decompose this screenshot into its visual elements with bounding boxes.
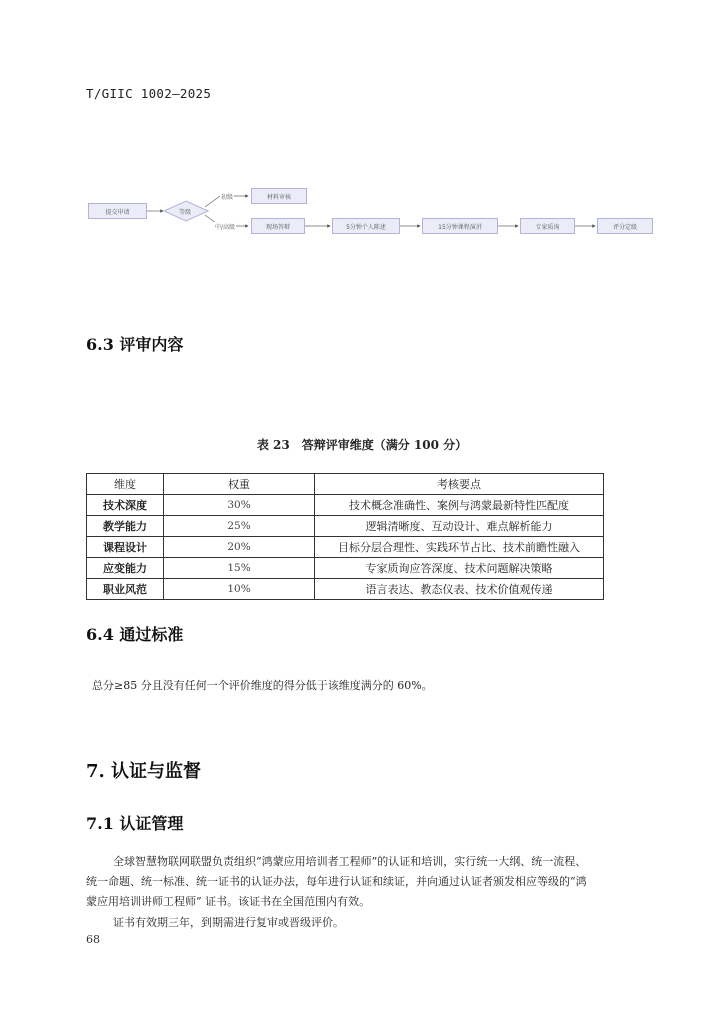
header-weight: 权重	[164, 474, 315, 495]
cell-key-points: 逻辑清晰度、互动设计、难点解析能力	[315, 516, 604, 537]
node-expert-questioning: 专家质询	[520, 218, 575, 234]
cell-key-points: 技术概念准确性、案例与鸿蒙最新特性匹配度	[315, 495, 604, 516]
node-level-decision: 等级	[179, 207, 191, 216]
edge-label-junior: 初级	[220, 192, 234, 201]
cell-key-points: 目标分层合理性、实践环节占比、技术前瞻性融入	[315, 537, 604, 558]
certification-paragraph-line-2: 统一命题、统一标准、统一证书的认证办法，每年进行认证和续证，并向通过认证者颁发相…	[86, 872, 587, 892]
node-material-review: 材料审核	[251, 188, 307, 204]
cell-weight: 10%	[164, 579, 315, 600]
review-criteria-table: 维度 权重 考核要点 技术深度 30% 技术概念准确性、案例与鸿蒙最新特性匹配度…	[86, 473, 604, 600]
node-personal-statement: 5分钟个人陈述	[332, 218, 400, 234]
node-submit-application: 提交申请	[88, 203, 147, 219]
node-course-lecture: 15分钟课程演讲	[422, 218, 498, 234]
cell-dimension: 技术深度	[87, 495, 164, 516]
cell-dimension: 职业风范	[87, 579, 164, 600]
cell-weight: 20%	[164, 537, 315, 558]
header-dimension: 维度	[87, 474, 164, 495]
certification-paragraph-line-1: 全球智慧物联网联盟负责组织“鸿蒙应用培训者工程师”的认证和培训，实行统一大纲、统…	[113, 852, 586, 872]
cell-dimension: 课程设计	[87, 537, 164, 558]
review-process-flowchart: 提交申请 等级 初级 中/高级 材料审核 现场答辩 5分钟个人陈述 15分钟课程…	[0, 0, 724, 260]
table-row: 技术深度 30% 技术概念准确性、案例与鸿蒙最新特性匹配度	[87, 495, 604, 516]
passing-criteria-text: 总分≥85 分且没有任何一个评价维度的得分低于该维度满分的 60%。	[92, 676, 433, 696]
heading-7-1: 7.1 认证管理	[86, 811, 183, 834]
cell-weight: 30%	[164, 495, 315, 516]
cell-key-points: 语言表达、教态仪表、技术价值观传递	[315, 579, 604, 600]
heading-6-4: 6.4 通过标准	[86, 622, 183, 645]
table-caption: 表 23 答辩评审维度（满分 100 分）	[0, 436, 724, 453]
table-row: 课程设计 20% 目标分层合理性、实践环节占比、技术前瞻性融入	[87, 537, 604, 558]
cell-key-points: 专家质询应答深度、技术问题解决策略	[315, 558, 604, 579]
heading-7: 7. 认证与监督	[86, 757, 201, 783]
edge-label-mid-senior: 中/高级	[214, 222, 236, 231]
cell-dimension: 应变能力	[87, 558, 164, 579]
heading-6-3: 6.3 评审内容	[86, 332, 183, 355]
node-grading: 评分定级	[597, 218, 653, 234]
cell-weight: 25%	[164, 516, 315, 537]
table-header-row: 维度 权重 考核要点	[87, 474, 604, 495]
certification-paragraph-line-3: 蒙应用培训讲师工程师” 证书。该证书在全国范围内有效。	[86, 892, 370, 912]
node-onsite-defense: 现场答辩	[251, 218, 305, 234]
certificate-validity-text: 证书有效期三年，到期需进行复审或晋级评价。	[113, 913, 344, 933]
table-row: 职业风范 10% 语言表达、教态仪表、技术价值观传递	[87, 579, 604, 600]
header-key-points: 考核要点	[315, 474, 604, 495]
cell-weight: 15%	[164, 558, 315, 579]
cell-dimension: 教学能力	[87, 516, 164, 537]
table-row: 教学能力 25% 逻辑清晰度、互动设计、难点解析能力	[87, 516, 604, 537]
page-number: 68	[86, 933, 100, 946]
document-page: T/GIIC 1002—2025 提交申请 等级 初级 中/高级	[0, 0, 724, 1024]
table-row: 应变能力 15% 专家质询应答深度、技术问题解决策略	[87, 558, 604, 579]
